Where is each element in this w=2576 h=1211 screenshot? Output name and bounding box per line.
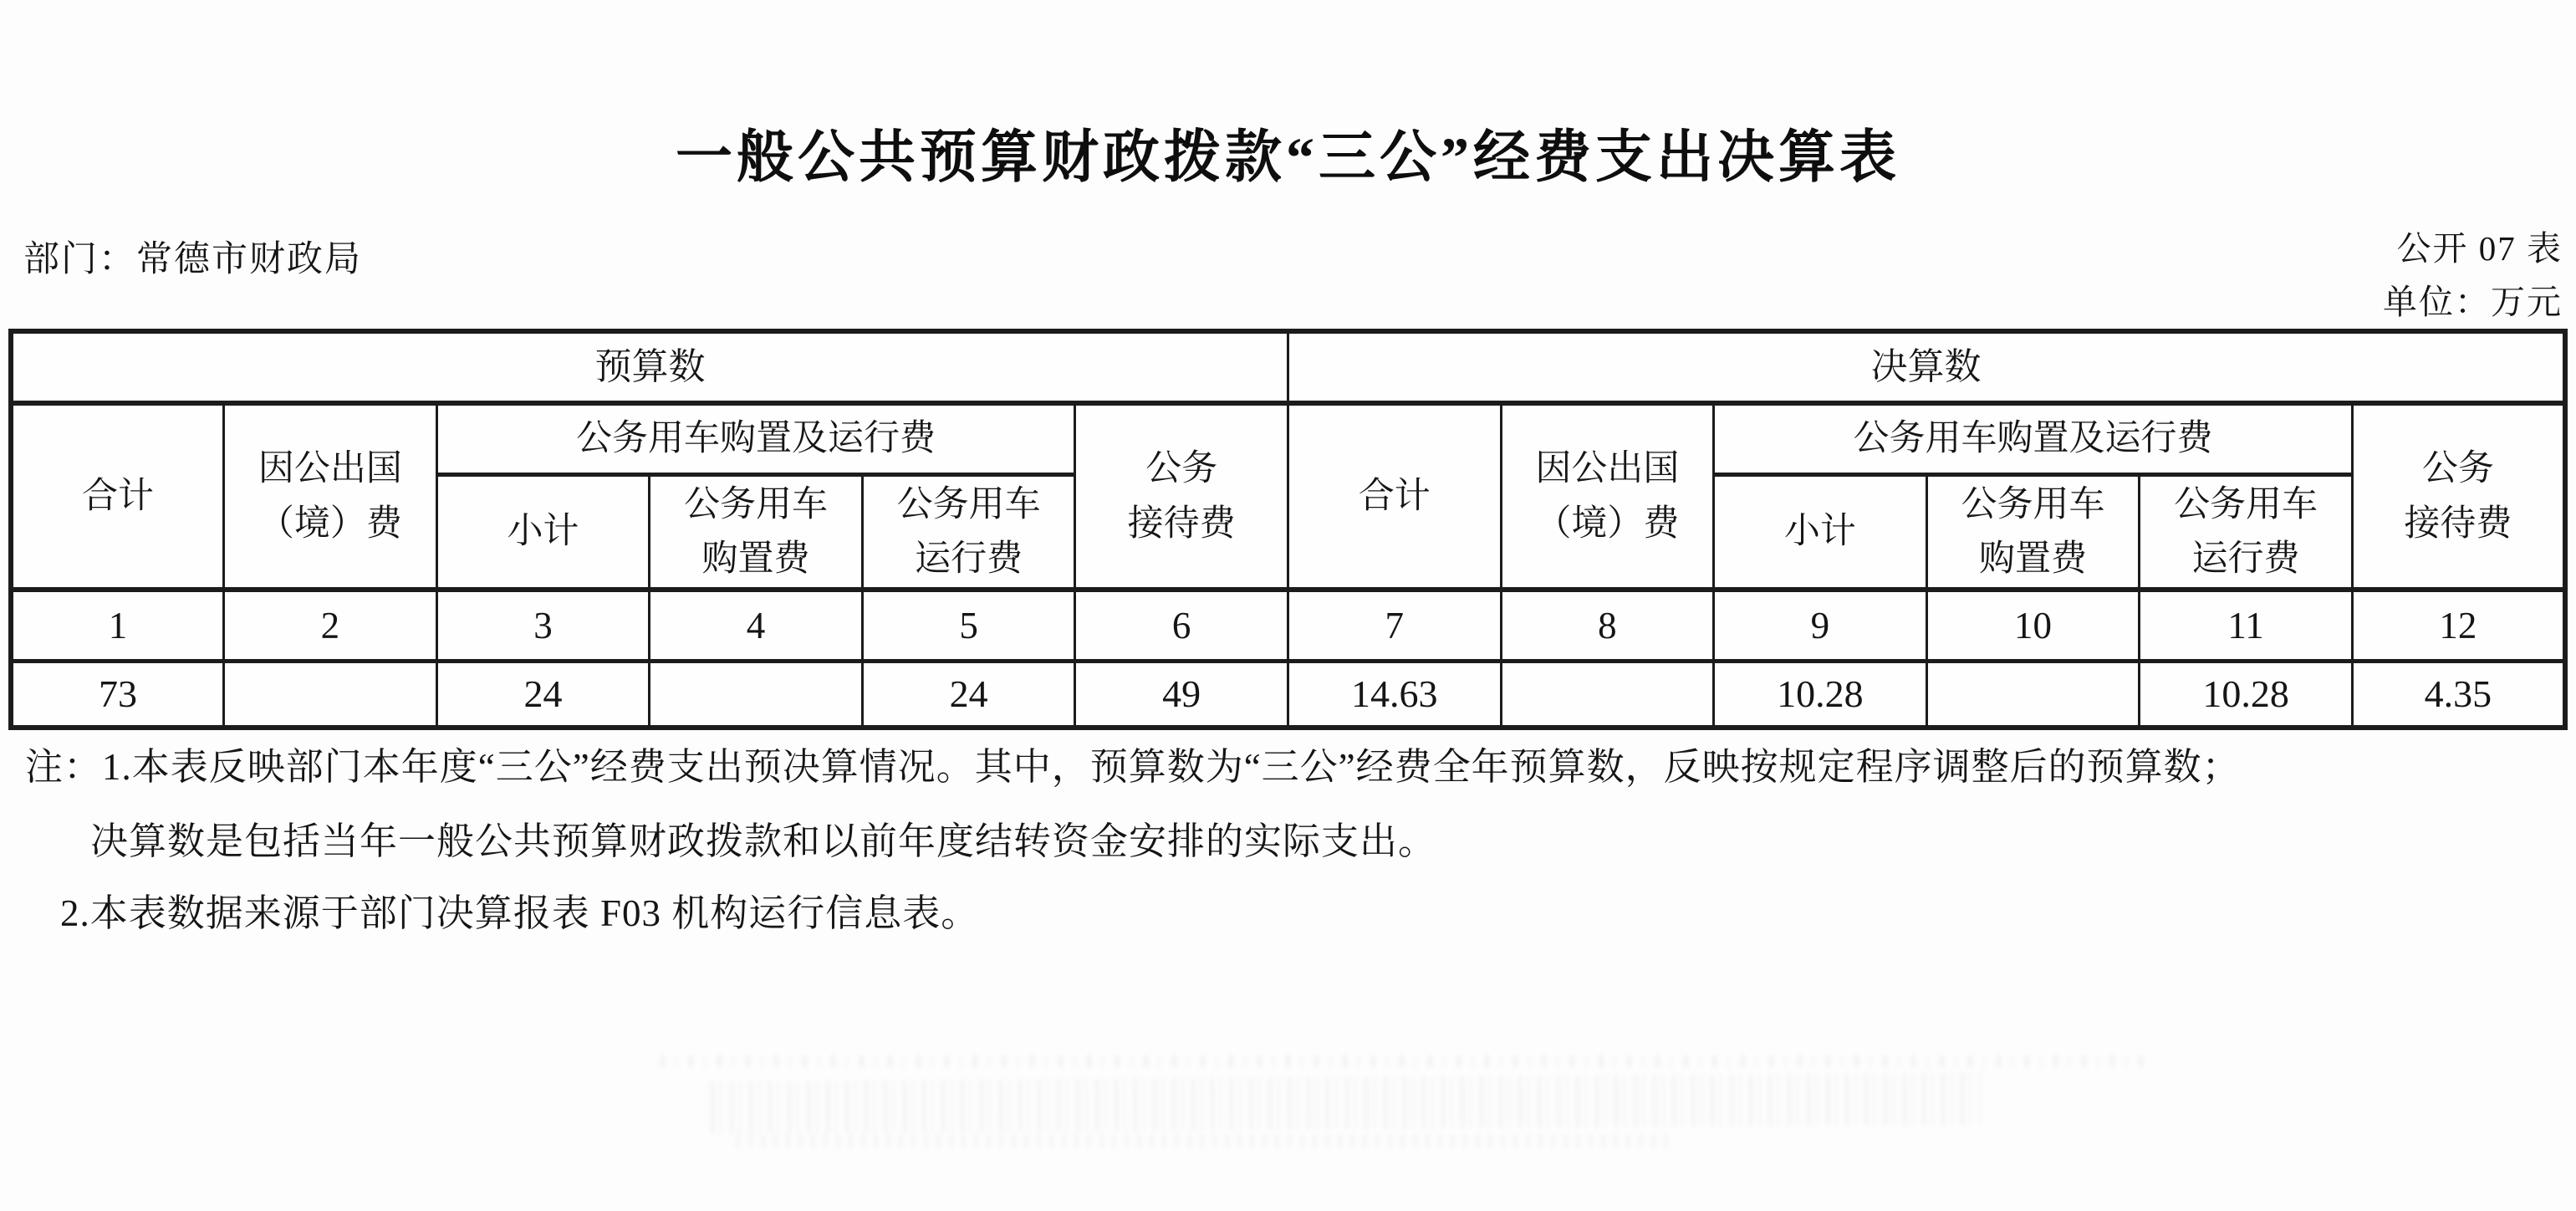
table-code-label: 公开 07 表: [2397, 221, 2563, 270]
final-abroad-value: [1501, 662, 1714, 728]
col-num-4: 4: [650, 590, 863, 662]
page-title: 一般公共预算财政拨款“三公”经费支出决算表: [0, 112, 2576, 193]
col-num-5: 5: [862, 590, 1075, 662]
scan-bleed-artifact-bottom: [736, 1134, 1672, 1147]
budget-total-value: 73: [11, 662, 224, 728]
budget-vehicle-operation-value: 24: [862, 662, 1075, 728]
final-total-header: 合计: [1288, 403, 1501, 590]
final-abroad-header: 因公出国 （境）费: [1501, 403, 1714, 590]
budget-abroad-header: 因公出国 （境）费: [224, 403, 437, 590]
col-num-8: 8: [1501, 590, 1714, 662]
final-vehicle-purchase-value: [1926, 662, 2140, 728]
three-public-expense-table: 预算数 决算数 合计 因公出国 （境）费 公务用车购置及运行费 公务 接待费 合…: [8, 329, 2568, 730]
final-vehicle-group-header: 公务用车购置及运行费: [1714, 403, 2353, 475]
col-num-7: 7: [1288, 590, 1501, 662]
budget-vehicle-operation-header: 公务用车 运行费: [862, 475, 1075, 590]
final-vehicle-purchase-header: 公务用车 购置费: [1926, 475, 2140, 590]
budget-total-header: 合计: [11, 403, 224, 590]
scanned-document-page: 一般公共预算财政拨款“三公”经费支出决算表 部门：常德市财政局 公开 07 表 …: [0, 0, 2576, 1211]
final-reception-header: 公务 接待费: [2352, 403, 2565, 590]
budget-vehicle-purchase-value: [650, 662, 863, 728]
department-label: 部门：常德市财政局: [23, 231, 362, 282]
budget-reception-header: 公务 接待费: [1075, 403, 1288, 590]
footnote-line-1: 注：1.本表反映部门本年度“三公”经费支出预决算情况。其中，预算数为“三公”经费…: [25, 736, 2241, 790]
section-header-row: 预算数 决算数: [11, 331, 2565, 403]
column-header-row-1: 合计 因公出国 （境）费 公务用车购置及运行费 公务 接待费 合计 因公出国 （…: [11, 403, 2565, 475]
final-vehicle-subtotal-value: 10.28: [1714, 662, 1927, 728]
section-header-final: 决算数: [1288, 331, 2565, 403]
final-reception-value: 4.35: [2352, 662, 2565, 728]
scan-bleed-artifact-main: [711, 1073, 1982, 1134]
data-row: 73 24 24 49 14.63 10.28 10.28 4.35: [11, 662, 2565, 728]
footnote-line-3: 2.本表数据来源于部门决算报表 F03 机构运行信息表。: [60, 882, 979, 937]
final-total-value: 14.63: [1288, 662, 1501, 728]
col-num-6: 6: [1075, 590, 1288, 662]
col-num-9: 9: [1714, 590, 1927, 662]
budget-vehicle-group-header: 公务用车购置及运行费: [436, 403, 1075, 475]
scan-bleed-artifact-top: [661, 1055, 2149, 1067]
budget-vehicle-subtotal-header: 小计: [436, 475, 650, 590]
col-num-1: 1: [11, 590, 224, 662]
col-num-2: 2: [224, 590, 437, 662]
col-num-3: 3: [436, 590, 650, 662]
final-vehicle-operation-header: 公务用车 运行费: [2140, 475, 2353, 590]
col-num-12: 12: [2352, 590, 2565, 662]
final-vehicle-subtotal-header: 小计: [1714, 475, 1927, 590]
col-num-11: 11: [2140, 590, 2353, 662]
budget-reception-value: 49: [1075, 662, 1288, 728]
column-number-row: 1 2 3 4 5 6 7 8 9 10 11 12: [11, 590, 2565, 662]
budget-abroad-value: [224, 662, 437, 728]
col-num-10: 10: [1926, 590, 2140, 662]
footnote-line-2: 决算数是包括当年一般公共预算财政拨款和以前年度结转资金安排的实际支出。: [90, 810, 1436, 865]
unit-label: 单位：万元: [2383, 274, 2563, 324]
final-vehicle-operation-value: 10.28: [2140, 662, 2353, 728]
budget-vehicle-purchase-header: 公务用车 购置费: [650, 475, 863, 590]
section-header-budget: 预算数: [11, 331, 1288, 403]
budget-vehicle-subtotal-value: 24: [436, 662, 650, 728]
